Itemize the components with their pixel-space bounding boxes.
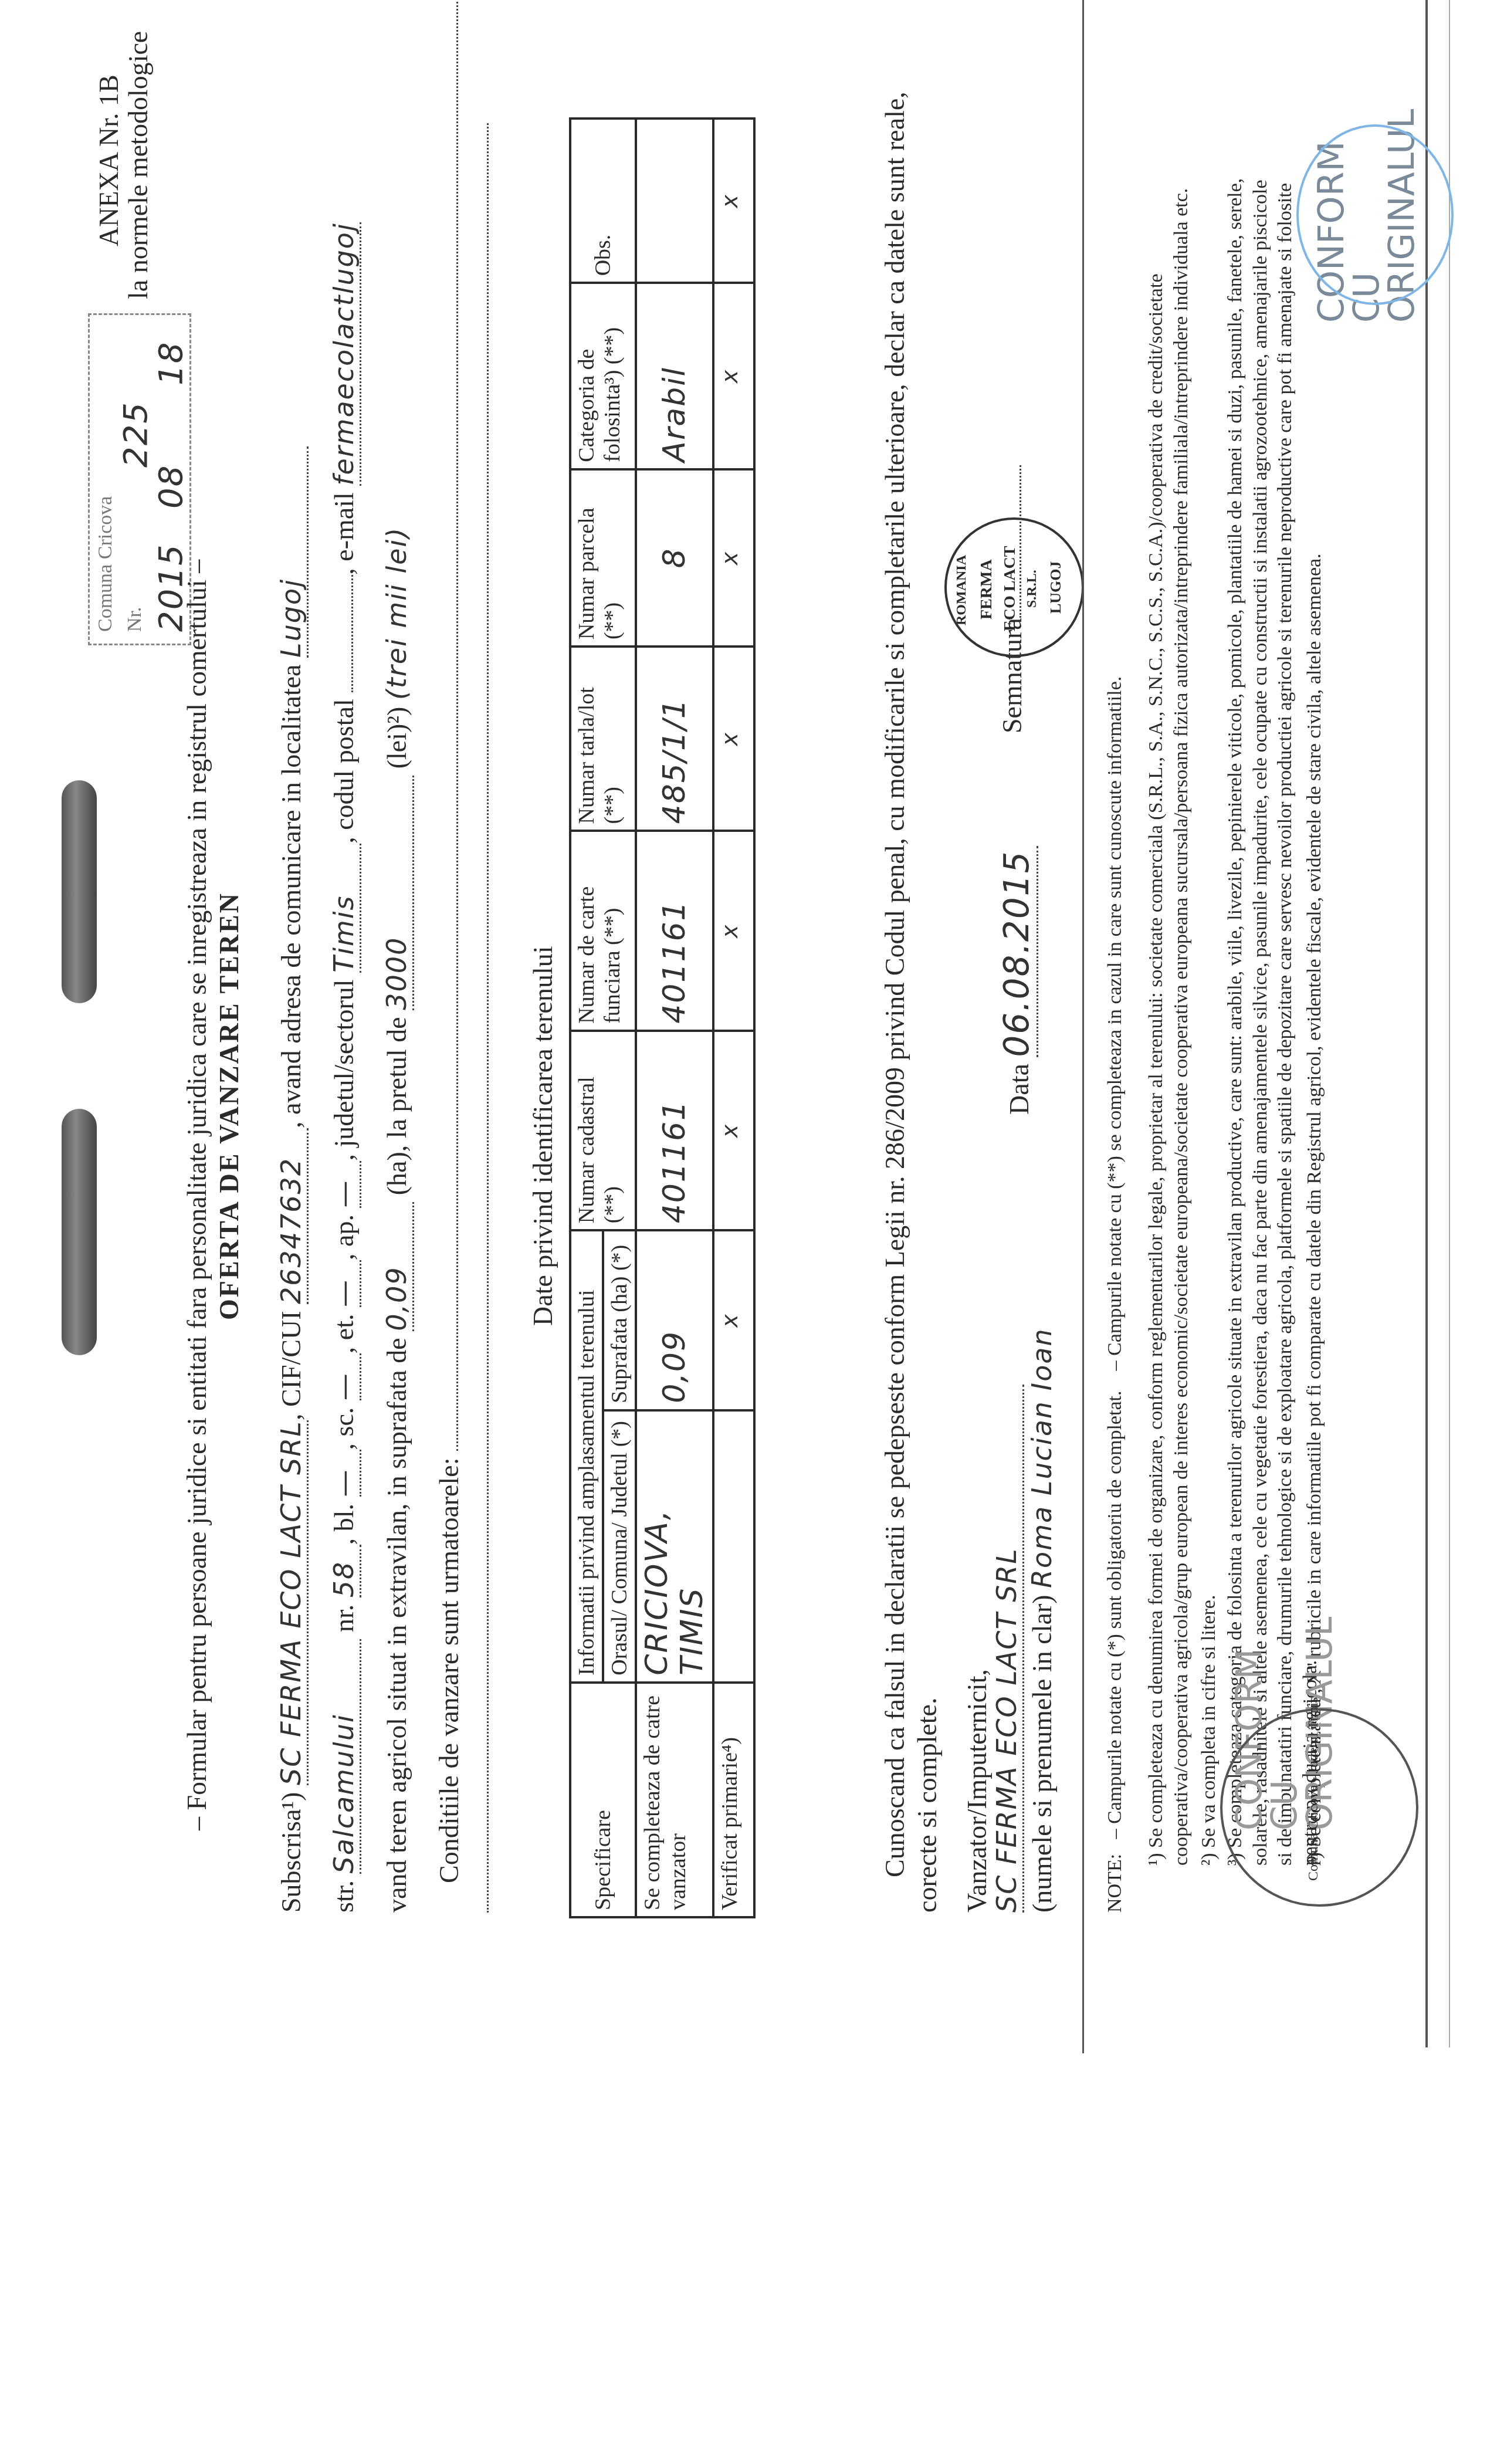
cell-carte-funciara-check[interactable]: x xyxy=(713,831,754,1030)
date-line: Data 06.08.2015 xyxy=(997,846,1038,1115)
land-table: Specificare Informatii privind amplasame… xyxy=(569,117,756,1918)
col-obs: Obs. xyxy=(570,119,636,283)
ha-price-label: (ha), la pretul de xyxy=(382,1017,412,1195)
form-subtitle: – Formular pentru persoane juridice si e… xyxy=(182,560,213,1830)
registration-commune: Comuna Cricova xyxy=(93,496,118,632)
subscrisa-label: Subscrisa¹) xyxy=(276,1792,306,1913)
subscrisa-field[interactable]: SC FERMA ECO LACT SRL xyxy=(276,1420,309,1785)
col-parcela: Numar parcela (**) xyxy=(570,469,636,647)
judet-label: , judetul/sectorul xyxy=(329,979,359,1160)
notes-label: NOTE: xyxy=(1104,1854,1126,1913)
address-line: str. Salcamului nr. 58, bl. —, sc. —, et… xyxy=(328,222,361,1913)
cell-area[interactable]: 0,09 xyxy=(636,1230,713,1410)
table-row: Verificat primarie⁴) x x x x x x x xyxy=(713,119,754,1917)
vendor-field[interactable]: SC FERMA ECO LACT SRL xyxy=(991,1385,1024,1913)
col-specificare: Specificare xyxy=(570,1683,636,1917)
price-words[interactable]: (trei mii lei) xyxy=(381,527,412,700)
cell-categoria-check[interactable]: x xyxy=(713,283,754,469)
registration-label: Nr. xyxy=(123,607,148,632)
conditions-field[interactable] xyxy=(456,0,458,1451)
annex-subtitle: la normele metodologice xyxy=(123,31,154,299)
cif-field[interactable]: 26347632 xyxy=(276,1128,309,1304)
name-line: (numele si prenumele in clar) Roma Lucia… xyxy=(1027,1328,1058,1913)
ap-label: , ap. xyxy=(329,1214,359,1260)
subscrisa-line: Subscrisa¹) SC FERMA ECO LACT SRL, CIF/C… xyxy=(276,446,309,1913)
col-numar-cadastral: Numar cadastral (**) xyxy=(570,1031,636,1230)
company-stamp: ROMANIA FERMA ECO LACT S.R.L. LUGOJ xyxy=(944,517,1084,657)
commune-seal-left: Comuna Cricova - Judetul Timis xyxy=(1220,1708,1418,1907)
cell-categoria[interactable]: Arabil xyxy=(636,283,713,469)
annex-title: ANEXA Nr. 1B xyxy=(94,75,125,246)
bl-label: , bl. xyxy=(329,1504,359,1545)
col-categoria: Categoria de folosinta³) (**) xyxy=(570,283,636,469)
vendor-line: SC FERMA ECO LACT SRL xyxy=(991,1385,1024,1913)
notes-divider xyxy=(1082,0,1084,2053)
notes-optional: – Campurile notate cu (**) se completeaz… xyxy=(1104,676,1126,1371)
cell-tarla-check[interactable]: x xyxy=(713,647,754,831)
conditions-field-line-2[interactable] xyxy=(487,123,489,1913)
registration-day: 18 xyxy=(152,341,190,385)
commune-seal-right xyxy=(1296,124,1454,305)
address-label: , avand adresa de comunicare in localita… xyxy=(276,664,306,1128)
email-label: , e-mail xyxy=(329,492,359,575)
cif-label: , CIF/CUI xyxy=(276,1311,306,1421)
cell-obs-check[interactable]: x xyxy=(713,119,754,283)
nr-field[interactable]: 58 xyxy=(328,1545,361,1597)
cell-location-check[interactable] xyxy=(713,1410,754,1683)
sc-field[interactable]: — xyxy=(328,1353,361,1400)
group-header: Informatii privind amplasamentul terenul… xyxy=(570,1230,603,1683)
sale-line: vand teren agricol situat in extravilan,… xyxy=(381,527,414,1913)
nr-label: nr. xyxy=(329,1605,359,1632)
cell-carte-funciara[interactable]: 401161 xyxy=(636,831,713,1030)
form-title: OFERTA DE VANZARE TEREN xyxy=(214,892,245,1320)
area-field[interactable]: 0,09 xyxy=(381,1202,414,1331)
col-carte-funciara: Numar de carte funciara (**) xyxy=(570,831,636,1030)
declaration-text: Cunoscand ca falsul in declaratii se ped… xyxy=(880,92,911,1877)
str-label: str. xyxy=(329,1880,359,1913)
name-label: (numele si prenumele in clar) xyxy=(1027,1595,1057,1913)
date-field[interactable]: 06.08.2015 xyxy=(997,846,1038,1057)
lei-label: (lei)²) xyxy=(382,707,412,769)
vendor-label: Vanzator/Imputernicit, xyxy=(962,1669,993,1913)
row-label: Se completeaza de catre vanzator xyxy=(636,1683,713,1917)
name-field[interactable]: Roma Lucian Ioan xyxy=(1026,1328,1058,1588)
postal-label: , codul postal xyxy=(329,699,359,844)
cell-area-check[interactable]: x xyxy=(713,1230,754,1410)
localitatea-field[interactable]: Lugoj xyxy=(276,446,309,658)
cell-parcela[interactable]: 8 xyxy=(636,469,713,647)
row-label: Verificat primarie⁴) xyxy=(713,1683,754,1917)
declaration-text-2: corecte si complete. xyxy=(912,1697,943,1913)
cell-obs[interactable] xyxy=(636,119,713,283)
conditions-label: Conditiile de vanzare sunt urmatoarele: xyxy=(434,1457,464,1883)
registration-stamp: Comuna Cricova Nr. 225 2015 08 18 xyxy=(88,313,191,645)
page-edge-line-2 xyxy=(1449,0,1450,2047)
conditions-line: Conditiile de vanzare sunt urmatoarele: xyxy=(434,0,465,1883)
cell-cadastral[interactable]: 401161 xyxy=(636,1031,713,1230)
cell-cadastral-check[interactable]: x xyxy=(713,1031,754,1230)
ap-field[interactable]: — xyxy=(328,1161,361,1208)
col-tarla-lot: Numar tarla/lot (**) xyxy=(570,647,636,831)
notes-header: NOTE: – Campurile notate cu (*) sunt obl… xyxy=(1103,676,1128,1913)
note-4: ⁴) Se completeaza cu „X" rubricile in ca… xyxy=(1302,176,1327,1866)
judet-field[interactable]: Timis xyxy=(328,844,361,973)
et-field[interactable]: — xyxy=(328,1260,361,1307)
registration-number: 225 xyxy=(117,401,155,468)
notes-mandatory: – Campurile notate cu (*) sunt obligator… xyxy=(1104,1391,1126,1839)
registration-month: 08 xyxy=(152,465,190,509)
date-label: Data xyxy=(1004,1064,1034,1115)
sale-text: vand teren agricol situat in extravilan,… xyxy=(382,1338,412,1913)
str-field[interactable]: Salcamului xyxy=(328,1639,361,1874)
et-label: , et. xyxy=(329,1314,359,1353)
cell-location[interactable]: CRICIOVA, TIMIS xyxy=(636,1410,713,1683)
postal-field[interactable] xyxy=(351,575,353,692)
price-field[interactable]: 3000 xyxy=(381,776,414,1010)
cell-tarla[interactable]: 485/1/1 xyxy=(636,647,713,831)
col-orasul: Orasul/ Comuna/ Judetul (*) xyxy=(603,1410,636,1683)
email-field[interactable]: fermaecolactlugoj xyxy=(328,222,361,486)
bl-field[interactable]: — xyxy=(328,1450,361,1497)
table-caption: Date privind identificarea terenului xyxy=(528,946,559,1326)
table-row: Se completeaza de catre vanzator CRICIOV… xyxy=(636,119,713,1917)
note-2: ²) Se va completa in cifre si litere. xyxy=(1197,176,1222,1866)
note-1: ¹) Se completeaza cu denumirea formei de… xyxy=(1144,176,1194,1866)
col-suprafata: Suprafata (ha) (*) xyxy=(603,1230,636,1410)
sc-label: , sc. xyxy=(329,1407,359,1450)
form-sheet: ANEXA Nr. 1B la normele metodologice Com… xyxy=(82,0,1431,2053)
cell-parcela-check[interactable]: x xyxy=(713,469,754,647)
